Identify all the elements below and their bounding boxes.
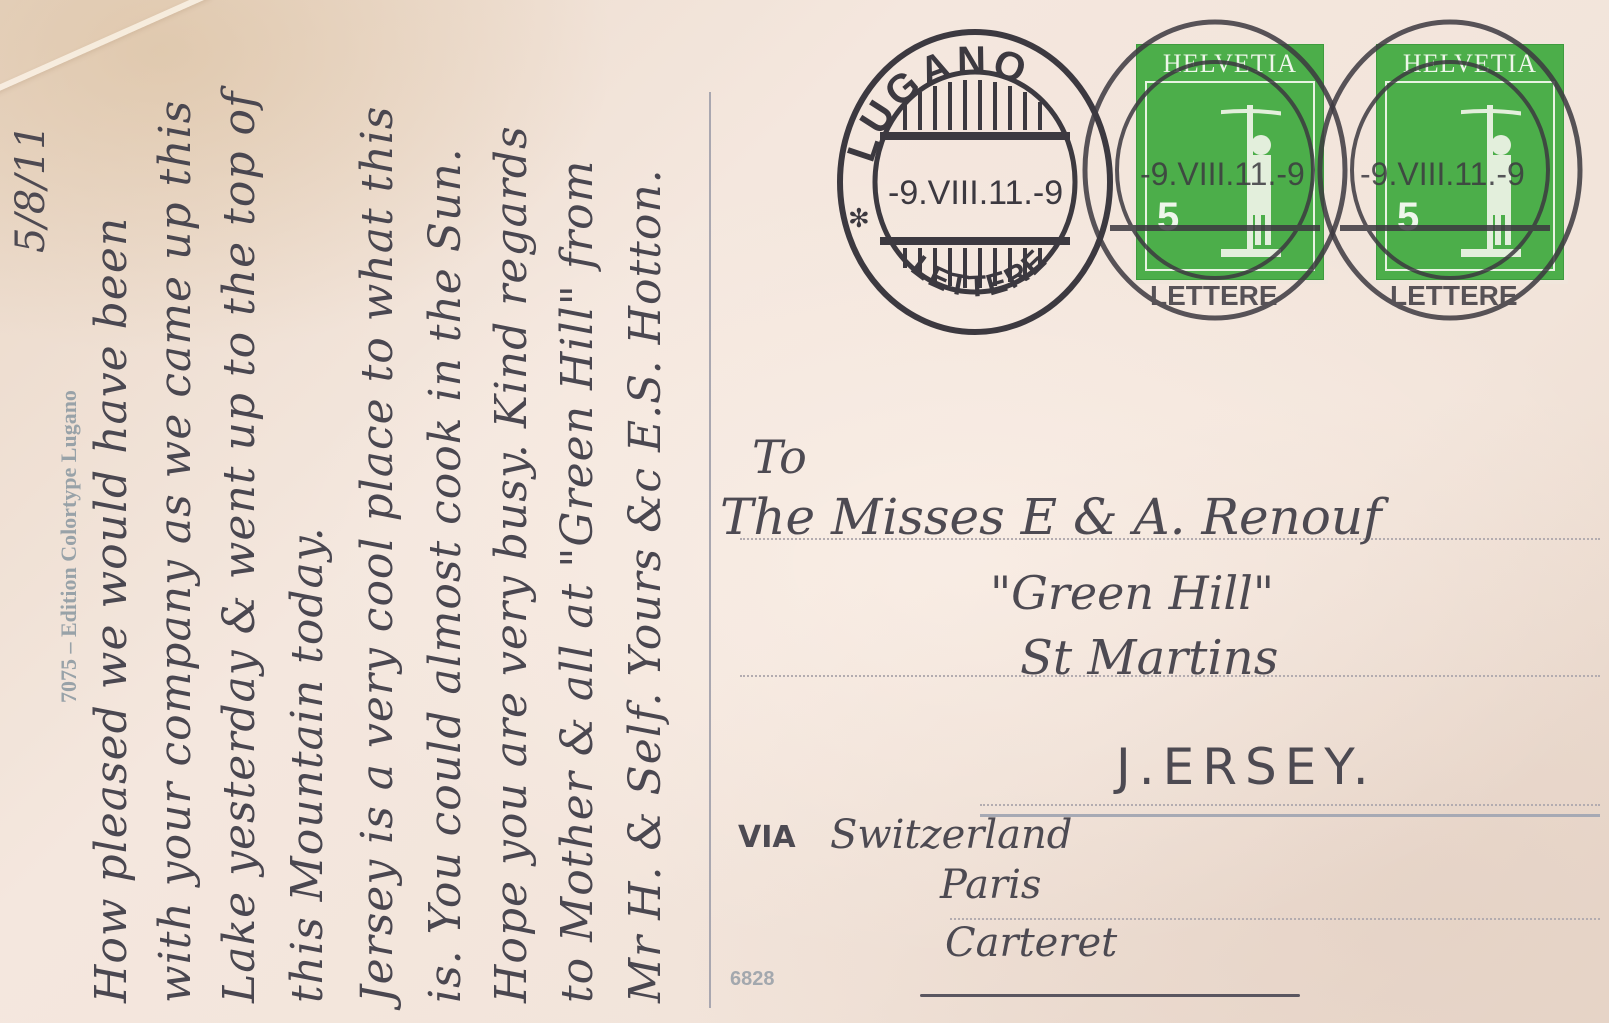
route-stop: Switzerland [830,812,1072,858]
divider-line [709,92,711,1008]
message-line: Mr H. & Self. Yours &c E.S. Hotton. [620,168,671,1003]
route-stop: Paris [940,862,1041,908]
stamp-value: 5 [1157,195,1179,240]
postage-stamp: HELVETIA 5 [1132,40,1328,284]
svg-text:✻: ✻ [848,203,870,233]
address-house: "Green Hill" [990,566,1274,620]
stamp-country: HELVETIA [1137,49,1323,79]
svg-text:-9.VIII.11.-9: -9.VIII.11.-9 [888,174,1063,212]
svg-text:LUGANO: LUGANO [839,39,1035,167]
svg-text:LETTERE: LETTERE [905,242,1055,304]
svg-text:LETTERE: LETTERE [1150,280,1278,311]
address-recipient: The Misses E & A. Renouf [720,488,1382,546]
route-underline [920,994,1300,997]
postage-stamp: HELVETIA 5 [1372,40,1568,284]
postmark-lugano: LUGANO LETTERE -9.VIII.11.-9 ✻ [830,22,1120,342]
address-dotted-line [980,804,1600,806]
publisher-imprint: 7075 – Edition Colortype Lugano [56,390,82,703]
address-prefix: To [752,430,807,484]
message-line: with your company as we came up this [150,100,201,1003]
card-number: 6828 [730,968,775,991]
message-line: Jersey is a very cool place to what this [352,106,403,1003]
message-date: 5/8/11 [8,124,54,253]
william-tell-boy-icon [1221,105,1281,265]
message-line: Lake yesterday & went up to the top of [214,91,265,1003]
postcard: 5/8/11 7075 – Edition Colortype Lugano H… [0,0,1609,1023]
via-label: VIA [738,820,796,855]
message-line: is. You could almost cook in the Sun. [420,147,471,1003]
address-parish: St Martins [1020,630,1278,686]
stamp-country: HELVETIA [1377,49,1563,79]
message-line: How pleased we would have been [86,217,137,1003]
message-area: 5/8/11 7075 – Edition Colortype Lugano H… [0,0,700,1023]
route-stop: Carteret [945,920,1117,966]
svg-text:LETTERE: LETTERE [1390,280,1518,311]
address-island: J.ERSEY. [1116,738,1377,796]
message-line: Hope you are very busy. Kind regards [486,125,537,1003]
stamp-value: 5 [1397,195,1419,240]
address-rule [980,814,1600,817]
message-line: to Mother & all at "Green Hill" from [552,160,603,1003]
message-line: this Mountain today. [282,526,333,1003]
william-tell-boy-icon [1461,105,1521,265]
